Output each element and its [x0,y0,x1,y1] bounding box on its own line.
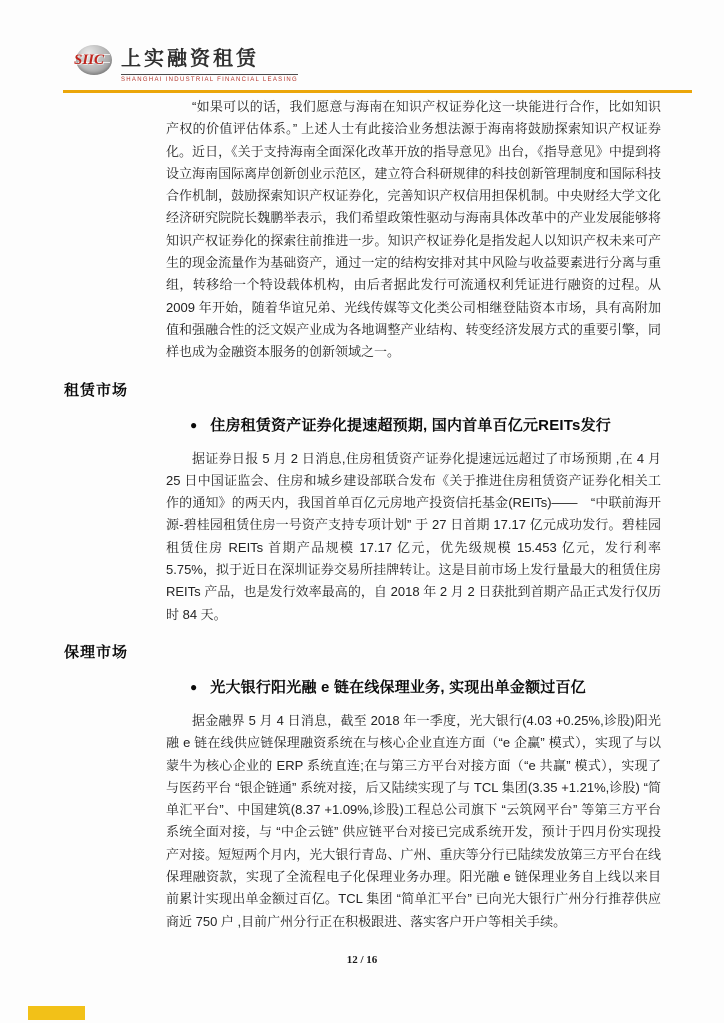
news-headline-factoring: ● 光大银行阳光融 e 链在线保理业务, 实现出单金额过百亿 [190,676,661,697]
section-leasing-market: 租赁市场 ● 住房租赁资产证券化提速超预期, 国内首单百亿元REITs发行 据证… [64,379,661,626]
siic-wordmark: SIIC [74,52,104,69]
document-content: “如果可以的话，我们愿意与海南在知识产权证券化这一块能进行合作，比如知识产权的价… [64,96,661,933]
section-paragraph-factoring: 据金融界 5 月 4 日消息，截至 2018 年一季度，光大银行(4.03 +0… [166,710,661,933]
bullet-icon: ● [190,418,197,432]
siic-globe-icon: SIIC [76,45,112,75]
company-logo: SIIC 上实融资租赁 SHANGHAI INDUSTRIAL FINANCIA… [76,42,298,83]
company-name-cn: 上实融资租赁 [121,42,298,75]
intro-paragraph: “如果可以的话，我们愿意与海南在知识产权证券化这一块能进行合作，比如知识产权的价… [166,96,661,364]
headline-text: 住房租赁资产证券化提速超预期, 国内首单百亿元REITs发行 [210,414,611,435]
section-heading-factoring: 保理市场 [64,641,661,662]
bullet-icon: ● [190,680,197,694]
logo-names: 上实融资租赁 SHANGHAI INDUSTRIAL FINANCIAL LEA… [121,42,298,83]
header-divider-rule [63,90,692,93]
document-page: SIIC 上实融资租赁 SHANGHAI INDUSTRIAL FINANCIA… [0,0,724,1023]
section-factoring-market: 保理市场 ● 光大银行阳光融 e 链在线保理业务, 实现出单金额过百亿 据金融界… [64,641,661,933]
company-name-en: SHANGHAI INDUSTRIAL FINANCIAL LEASING [121,77,298,83]
section-paragraph-leasing: 据证券日报 5 月 2 日消息,住房租赁资产证券化提速远远超过了市场预期 ,在 … [166,448,661,626]
news-headline-leasing: ● 住房租赁资产证券化提速超预期, 国内首单百亿元REITs发行 [190,414,661,435]
headline-text: 光大银行阳光融 e 链在线保理业务, 实现出单金额过百亿 [210,676,586,697]
section-heading-leasing: 租赁市场 [64,379,661,400]
page-number: 12 / 16 [0,954,724,966]
corner-accent-bar [28,1006,85,1020]
